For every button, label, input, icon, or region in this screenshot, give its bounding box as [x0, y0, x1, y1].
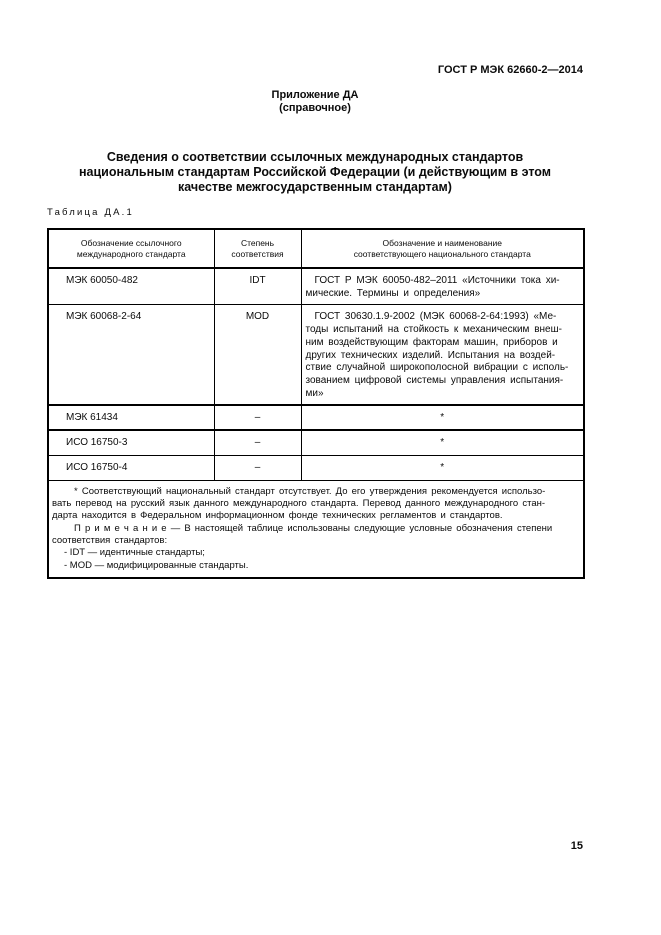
document-page: { "page": { "header": "ГОСТ Р МЭК 62660-…	[0, 0, 661, 935]
standards-correspondence-table: Обозначение ссылочного международного ст…	[47, 228, 585, 579]
annex-label: Приложение ДА	[47, 89, 583, 102]
cell-degree: MOD	[214, 305, 301, 405]
table-footnote-cell: * Соответствующий национальный стандарт …	[48, 480, 584, 578]
column-header-reference-standard: Обозначение ссылочного международного ст…	[48, 229, 214, 268]
cell-degree: –	[214, 430, 301, 455]
cell-reference: МЭК 61434	[48, 405, 214, 430]
document-title: Сведения о соответствии ссылочных междун…	[30, 150, 600, 195]
cell-reference: МЭК 60050-482	[48, 268, 214, 305]
table-row: ИСО 16750-4 – *	[48, 455, 584, 480]
document-code: ГОСТ Р МЭК 62660-2—2014	[47, 64, 583, 76]
annex-sublabel: (справочное)	[47, 102, 583, 115]
cell-degree: –	[214, 405, 301, 430]
cell-reference: ИСО 16750-4	[48, 455, 214, 480]
cell-degree: IDT	[214, 268, 301, 305]
cell-national: *	[301, 405, 584, 430]
cell-reference: ИСО 16750-3	[48, 430, 214, 455]
table-footnote-row: * Соответствующий национальный стандарт …	[48, 480, 584, 578]
footnote-asterisk-note: * Соответствующий национальный стандарт …	[52, 486, 577, 523]
table-header-row: Обозначение ссылочного международного ст…	[48, 229, 584, 268]
cell-national: *	[301, 455, 584, 480]
footnote-item-mod: - MOD — модифицированные стандарты.	[52, 560, 577, 572]
footnote-item-idt: - IDT — идентичные стандарты;	[52, 547, 577, 559]
table-row: ИСО 16750-3 – *	[48, 430, 584, 455]
cell-national: ГОСТ Р МЭК 60050-482–2011 «Источники ток…	[301, 268, 584, 305]
page-number: 15	[47, 840, 583, 852]
table-row: МЭК 60050-482 IDT ГОСТ Р МЭК 60050-482–2…	[48, 268, 584, 305]
column-header-national-standard: Обозначение и наименование соответствующ…	[301, 229, 584, 268]
cell-national: *	[301, 430, 584, 455]
annex-heading: Приложение ДА (справочное)	[47, 89, 583, 115]
table-row: МЭК 61434 – *	[48, 405, 584, 430]
footnote-note: П р и м е ч а н и е — В настоящей таблиц…	[52, 523, 577, 548]
column-header-degree: Степень соответствия	[214, 229, 301, 268]
cell-degree: –	[214, 455, 301, 480]
cell-national: ГОСТ 30630.1.9-2002 (МЭК 60068-2-64:1993…	[301, 305, 584, 405]
table-caption: Таблица ДА.1	[47, 207, 134, 218]
cell-reference: МЭК 60068-2-64	[48, 305, 214, 405]
table-row: МЭК 60068-2-64 MOD ГОСТ 30630.1.9-2002 (…	[48, 305, 584, 405]
